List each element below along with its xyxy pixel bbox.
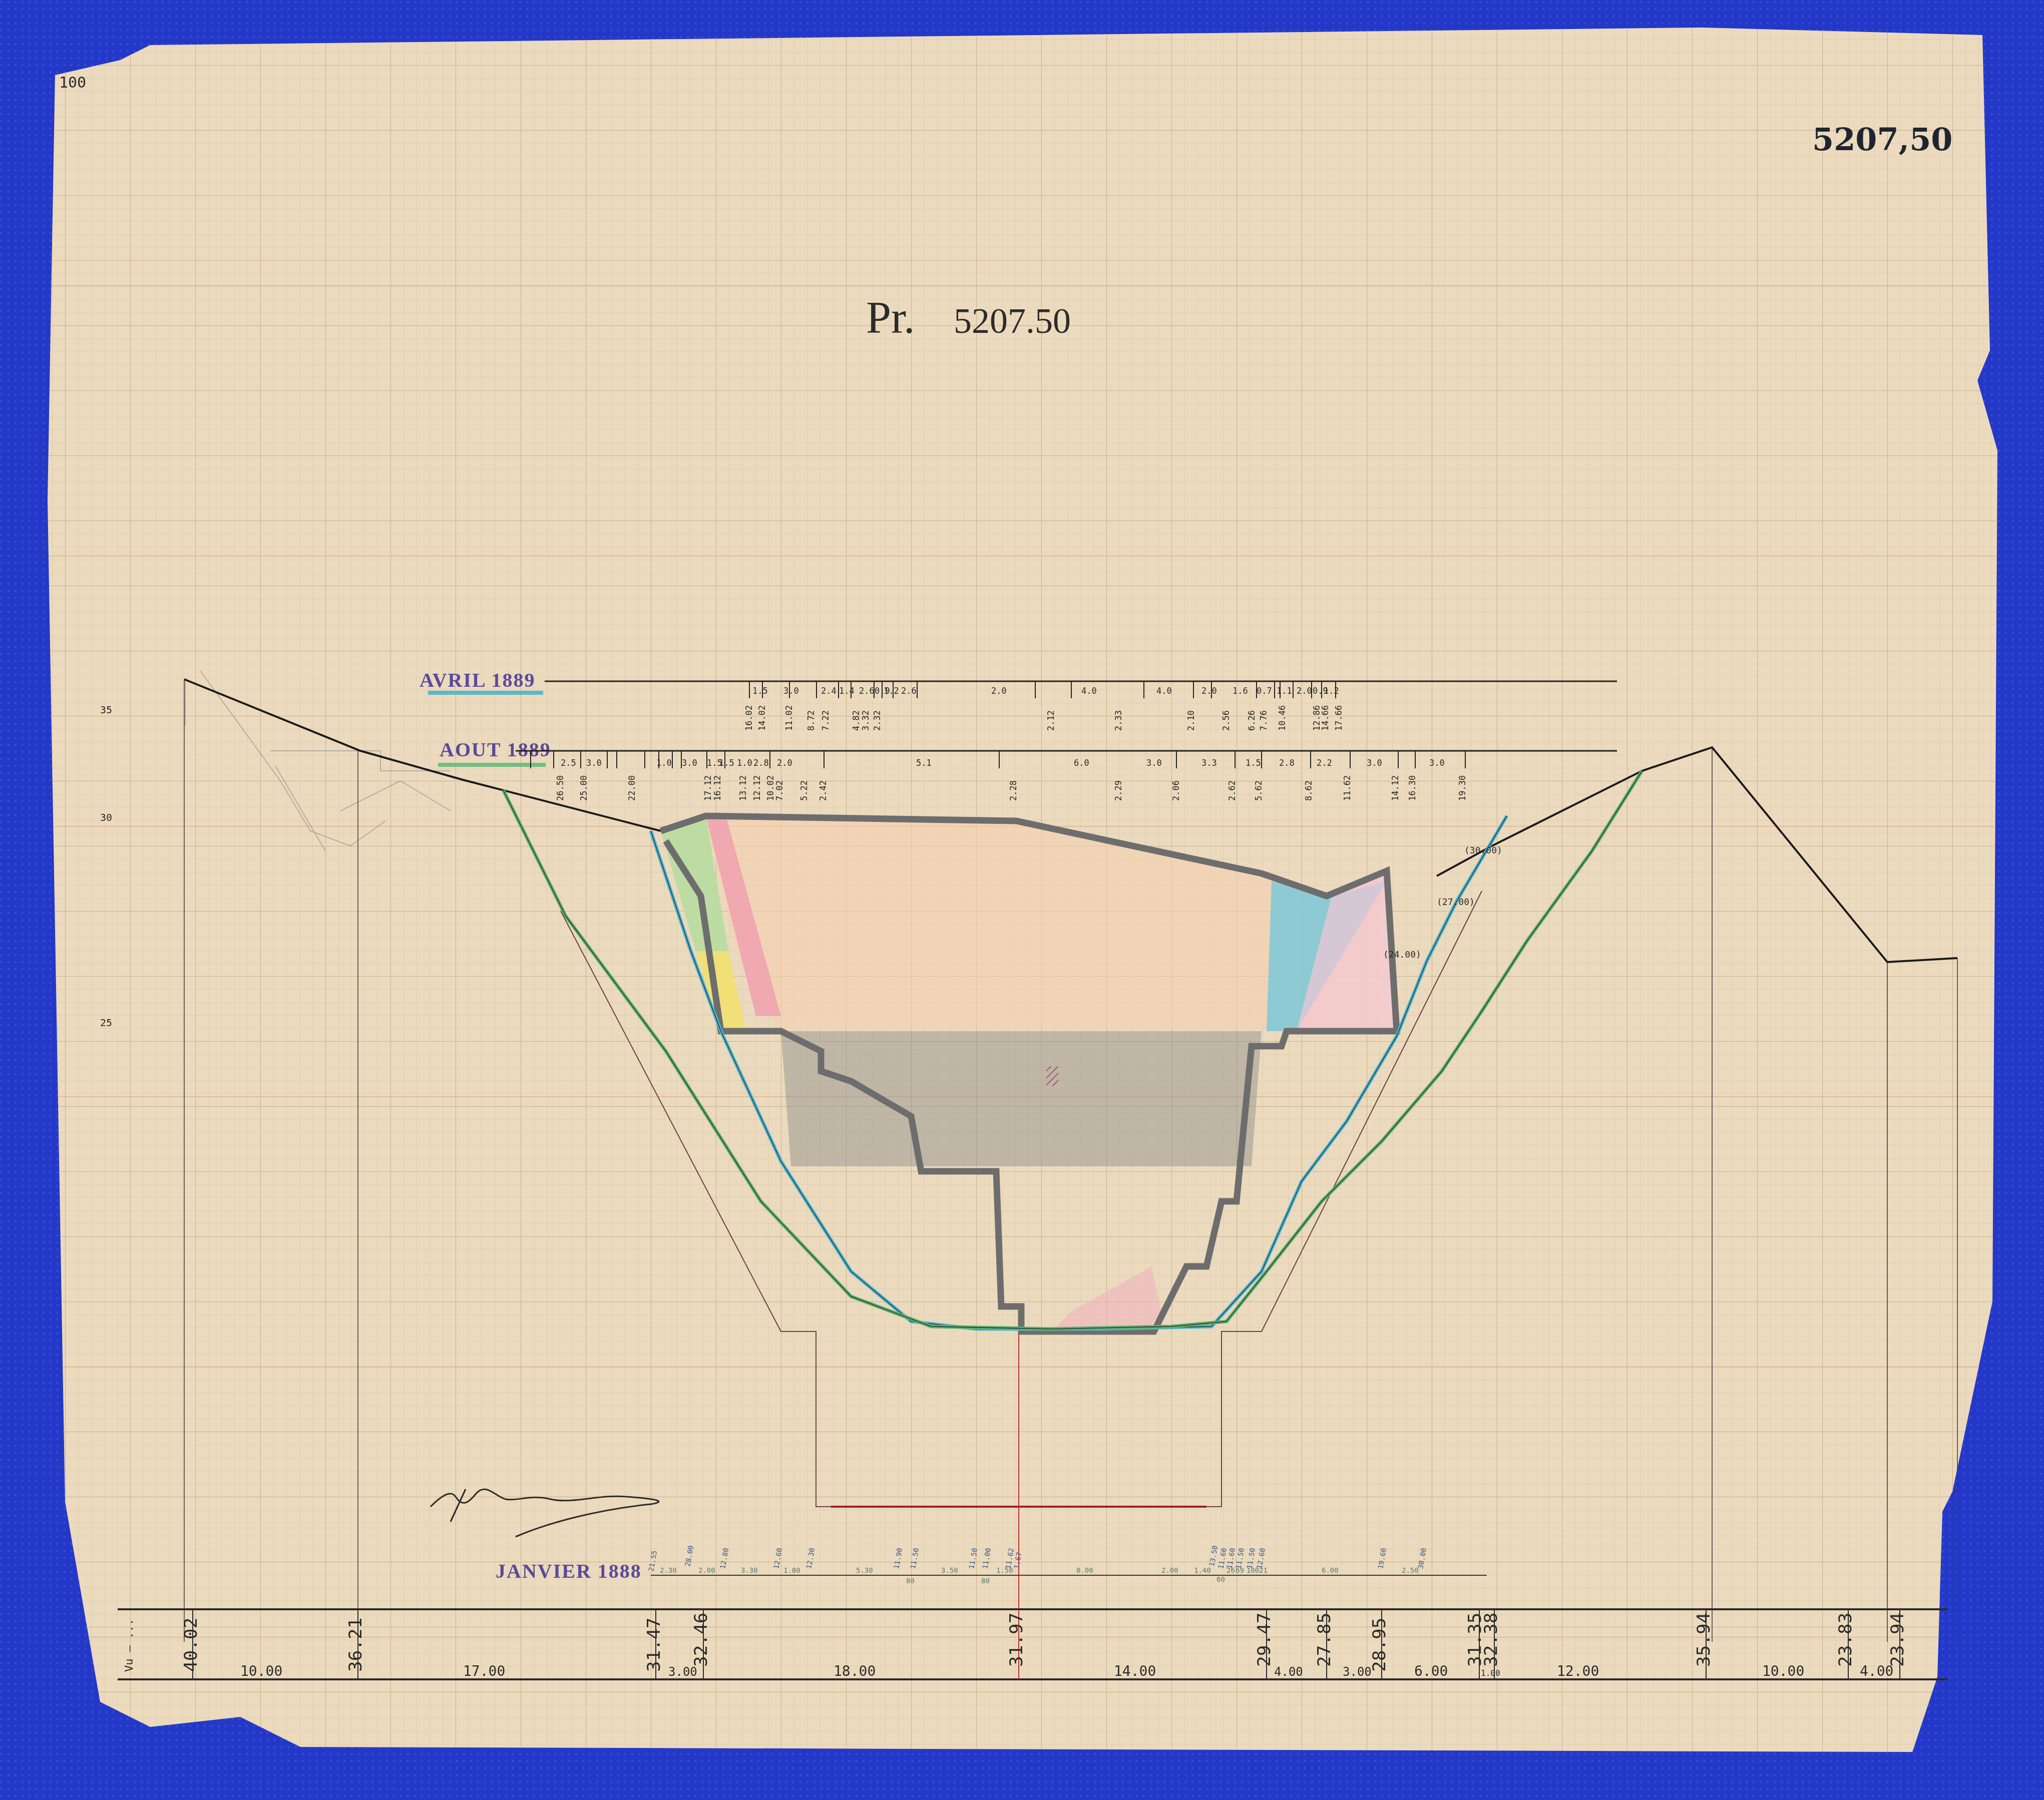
elevation-label: 32.38 bbox=[1481, 1613, 1501, 1667]
distance-label: 3.00 bbox=[668, 1665, 697, 1679]
distance-label: 12.00 bbox=[1557, 1663, 1599, 1679]
august-depth: 26.50 bbox=[556, 775, 566, 801]
april-depth: 2.12 bbox=[1046, 710, 1056, 731]
legend-april: AVRIL 1889 bbox=[420, 669, 543, 695]
august-depth: 25.00 bbox=[579, 775, 589, 801]
distance-label: 14.00 bbox=[1114, 1663, 1156, 1679]
april-spacing: 1.1 bbox=[1277, 686, 1292, 696]
august-depth: 16.12 bbox=[713, 775, 723, 801]
april-spacing: 4.0 bbox=[1156, 686, 1172, 696]
april-spacing: 2.0 bbox=[1201, 686, 1217, 696]
hatched-marker bbox=[1046, 1066, 1058, 1086]
april-spacing: 3.0 bbox=[783, 686, 799, 696]
january-spacing: 1.40 bbox=[1194, 1567, 1211, 1575]
august-spacing: 1.0 bbox=[737, 758, 752, 768]
bank-label-30: (30.00) bbox=[1464, 845, 1502, 856]
april-depth: 17.66 bbox=[1334, 705, 1344, 731]
august-spacing: 6.0 bbox=[1074, 758, 1089, 768]
distance-label: 10.00 bbox=[1762, 1663, 1804, 1679]
august-spacing: 1.5 bbox=[719, 758, 734, 768]
distance-label: 10.00 bbox=[240, 1663, 282, 1679]
april-depth: 4.82 bbox=[852, 710, 862, 731]
elevation-label: 36.21 bbox=[345, 1618, 366, 1672]
april-depth: 2.10 bbox=[1186, 710, 1196, 731]
august-spacing: 3.0 bbox=[586, 758, 602, 768]
scale-mark: 35 bbox=[100, 704, 112, 716]
legend-april-label: AVRIL 1889 bbox=[420, 669, 536, 691]
bank-label-24: (24.00) bbox=[1383, 950, 1421, 960]
margin-note: Vu — ... bbox=[123, 1619, 136, 1672]
august-depth: 16.30 bbox=[1408, 775, 1418, 801]
august-spacing: 2.5 bbox=[561, 758, 576, 768]
april-spacing: 1.2 bbox=[884, 686, 899, 696]
april-depth: 8.72 bbox=[806, 710, 816, 731]
august-depth: 13.12 bbox=[738, 775, 748, 801]
january-spacing: 2.30 bbox=[660, 1567, 677, 1575]
august-spacing: 3.0 bbox=[1367, 758, 1382, 768]
scale-mark: 25 bbox=[100, 1017, 112, 1029]
legend-august-label: AOUT 1889 bbox=[440, 738, 551, 761]
elevation-label: 31.47 bbox=[644, 1618, 664, 1672]
august-depth: 5.62 bbox=[1254, 780, 1264, 801]
august-depth: 22.00 bbox=[627, 775, 637, 801]
legend-january-label: JANVIER 1888 bbox=[496, 1560, 642, 1582]
april-depth: 11.02 bbox=[784, 705, 794, 731]
april-spacing: 2.6 bbox=[901, 686, 917, 696]
august-spacing: 1.0 bbox=[656, 758, 672, 768]
august-depth: 11.62 bbox=[1343, 775, 1353, 801]
elevation-label: 29.47 bbox=[1254, 1613, 1275, 1667]
august-spacing: 2.0 bbox=[777, 758, 792, 768]
april-depth: 3.32 bbox=[861, 710, 871, 731]
january-spacing: 3.50 bbox=[941, 1567, 958, 1575]
elevation-label: 35.94 bbox=[1694, 1613, 1714, 1667]
april-spacing: 1.6 bbox=[1233, 686, 1248, 696]
april-spacing: 0.7 bbox=[1257, 686, 1272, 696]
scale-mark: 30 bbox=[100, 811, 112, 823]
august-depth: 17.12 bbox=[703, 775, 713, 801]
august-depth: 14.12 bbox=[1391, 775, 1401, 801]
january-spacing: 6.00 bbox=[1322, 1567, 1339, 1575]
april-depth: 14.66 bbox=[1321, 705, 1331, 731]
elevation-label: 23.83 bbox=[1835, 1613, 1856, 1667]
elevation-label: 27.85 bbox=[1314, 1613, 1335, 1667]
august-spacing: 2.8 bbox=[1279, 758, 1295, 768]
august-spacing: 1.5 bbox=[1246, 758, 1261, 768]
january-spacing: 80 bbox=[981, 1577, 990, 1585]
distance-label: 3.00 bbox=[1343, 1665, 1372, 1679]
elevation-label: 28.95 bbox=[1369, 1618, 1390, 1672]
corner-number: 100 bbox=[59, 74, 86, 92]
august-depth: 2.62 bbox=[1228, 780, 1238, 801]
january-spacing: 8.00 bbox=[1076, 1567, 1093, 1575]
april-spacing: 2.0 bbox=[1297, 686, 1312, 696]
april-spacing: 1.5 bbox=[752, 686, 768, 696]
distance-label: 1.00 bbox=[1481, 1668, 1500, 1678]
distance-label: 6.00 bbox=[1414, 1663, 1448, 1679]
april-color-swatch bbox=[428, 691, 543, 695]
august-depth: 7.02 bbox=[775, 780, 785, 801]
august-spacing: 5.1 bbox=[916, 758, 932, 768]
april-depth: 6.26 bbox=[1247, 710, 1257, 731]
january-spacing: 5.30 bbox=[856, 1567, 873, 1575]
august-depth: 2.29 bbox=[1114, 780, 1124, 801]
distance-label: 18.00 bbox=[834, 1663, 876, 1679]
elevation-label: 31.97 bbox=[1006, 1613, 1027, 1667]
april-depth: 16.02 bbox=[744, 705, 754, 731]
august-depth: 2.28 bbox=[1009, 780, 1019, 801]
january-spacing: 2.00 bbox=[1161, 1567, 1178, 1575]
january-spacing: 3.30 bbox=[741, 1567, 758, 1575]
august-depth: 2.42 bbox=[819, 780, 829, 801]
april-spacing: 2.4 bbox=[821, 686, 837, 696]
april-depth: 10.46 bbox=[1278, 705, 1288, 731]
january-spacing: 2.50 bbox=[1402, 1567, 1419, 1575]
january-spacing: 80 bbox=[906, 1577, 915, 1585]
april-spacing: 4.0 bbox=[1081, 686, 1097, 696]
april-depth: 7.76 bbox=[1259, 710, 1269, 731]
elevation-label: 32.46 bbox=[691, 1613, 711, 1667]
january-spacing: 60 bbox=[1216, 1576, 1225, 1584]
august-color-swatch bbox=[438, 763, 546, 767]
drawing-sheet: 100 5207,50 Pr. 5207.50 AVRIL 1889 AOUT … bbox=[0, 0, 2044, 1800]
stencil-id: 5207,50 bbox=[1812, 121, 1952, 158]
august-depth: 5.22 bbox=[799, 780, 809, 801]
april-depth: 2.56 bbox=[1221, 710, 1232, 731]
april-depth: 14.02 bbox=[757, 705, 767, 731]
elevation-label: 23.94 bbox=[1887, 1613, 1908, 1667]
april-depth: 2.32 bbox=[873, 710, 883, 731]
august-spacing: 2.2 bbox=[1317, 758, 1332, 768]
august-depth: 8.62 bbox=[1304, 780, 1314, 801]
bank-label-27: (27.00) bbox=[1437, 897, 1475, 908]
fill-gray-zone bbox=[781, 1031, 1262, 1166]
august-spacing: 3.0 bbox=[1429, 758, 1445, 768]
august-depth: 10.02 bbox=[766, 775, 776, 801]
august-spacing: 3.0 bbox=[1146, 758, 1162, 768]
august-spacing: 3.3 bbox=[1201, 758, 1217, 768]
april-spacing: 2.0 bbox=[991, 686, 1007, 696]
january-spacing: 2.00 bbox=[698, 1567, 715, 1575]
profile-title-prefix: Pr. bbox=[866, 293, 915, 343]
april-depth: 2.33 bbox=[1114, 710, 1124, 731]
august-spacing: 2.8 bbox=[753, 758, 769, 768]
april-depth: 7.22 bbox=[821, 710, 831, 731]
april-spacing: 2.6 bbox=[859, 686, 875, 696]
april-spacing: 1.4 bbox=[839, 686, 855, 696]
profile-title-value: 5207.50 bbox=[954, 301, 1071, 341]
distance-label: 4.00 bbox=[1860, 1663, 1893, 1679]
august-depth: 12.12 bbox=[752, 775, 762, 801]
january-spacing: 1.80 bbox=[783, 1567, 800, 1575]
august-depth: 19.30 bbox=[1458, 775, 1468, 801]
elevation-label: 40.02 bbox=[181, 1618, 201, 1672]
distance-label: 4.00 bbox=[1274, 1665, 1303, 1679]
august-spacing: 3.0 bbox=[682, 758, 697, 768]
april-spacing: 1.2 bbox=[1324, 686, 1339, 696]
august-depth: 2.06 bbox=[1171, 780, 1181, 801]
distance-label: 17.00 bbox=[463, 1663, 505, 1679]
